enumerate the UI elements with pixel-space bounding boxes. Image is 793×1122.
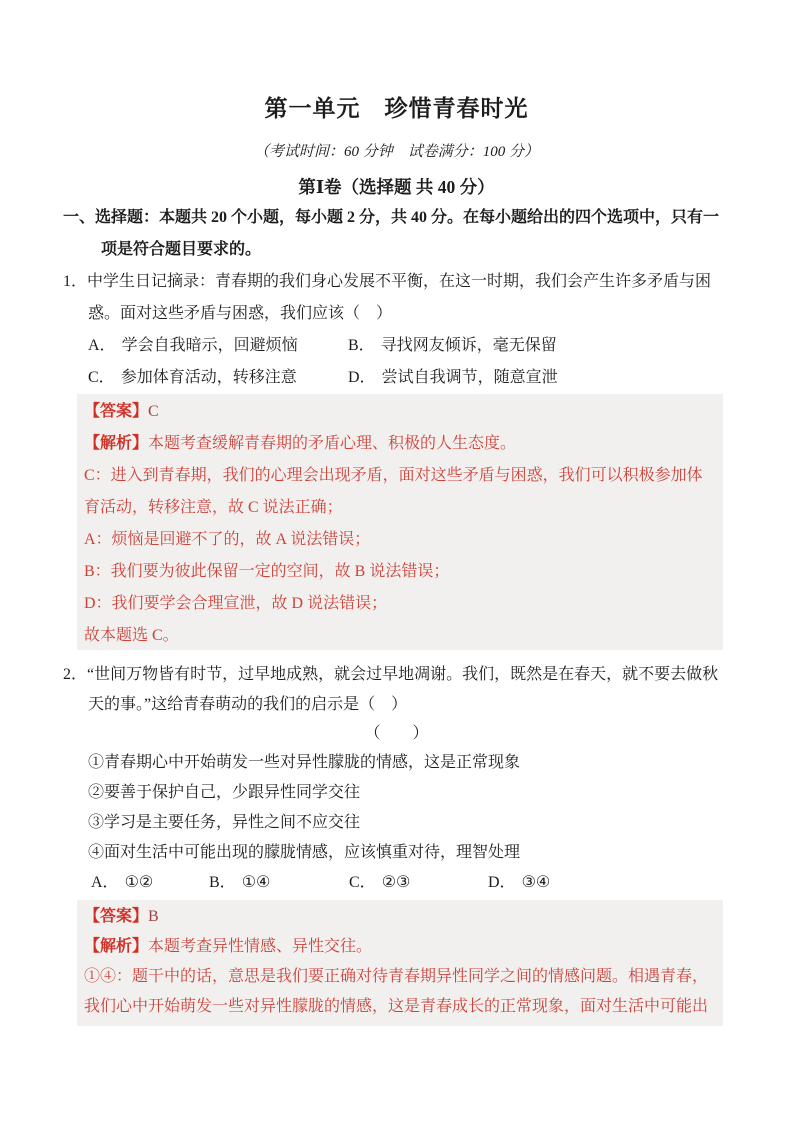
answer-box-q1: 【答案】C 【解析】本题考查缓解青春期的矛盾心理、积极的人生态度。 C：进入到青… [77,394,723,650]
question-2-number: 2． [63,666,87,683]
analysis-label: 【解析】 [84,435,148,452]
question-2: 2．“世间万物皆有时节，过早地成熟，就会过早地凋谢。我们，既然是在春天，就不要去… [63,660,730,720]
statement-3: ③学习是主要任务，异性之间不应交往 [63,808,730,838]
centered-answer-bracket: （ ） [63,720,730,748]
option-b-text: 寻找网友倾诉，毫无保留 [381,337,557,354]
statement-2: ②要善于保护自己，少跟异性同学交往 [63,778,730,808]
option-b: B．①④ [209,868,349,898]
analysis-line-1-4: ①④：题干中的话，意思是我们要正确对待青春期异性同学之间的情感问题。相遇青春，我… [84,962,713,1026]
analysis-line-b: B：我们要为彼此保留一定的空间，故 B 说法错误； [84,556,713,588]
answer-label: 【答案】 [84,403,148,420]
option-row: C．参加体育活动，转移注意 D．尝试自我调节，随意宣泄 [88,362,730,394]
option-b-label: B． [209,874,236,891]
exam-subtitle: （考试时间：60 分钟 试卷满分：100 分） [63,138,730,166]
analysis-intro-line: 【解析】本题考查缓解青春期的矛盾心理、积极的人生态度。 [84,428,713,460]
option-c: C．参加体育活动，转移注意 [88,362,348,394]
option-a-text: 学会自我暗示，回避烦恼 [122,337,298,354]
option-c-label: C． [349,874,376,891]
option-d-label: D． [348,369,376,386]
option-a-label: A． [88,337,116,354]
option-c-text: ②③ [382,874,411,891]
analysis-line-d: D：我们要学会合理宣泄，故 D 说法错误； [84,588,713,620]
option-b-text: ①④ [242,874,271,891]
option-d: D．③④ [488,868,550,898]
question-2-block: 2．“世间万物皆有时节，过早地成熟，就会过早地凋谢。我们，既然是在春天，就不要去… [63,660,730,898]
option-d-text: ③④ [522,874,551,891]
option-b: B．寻找网友倾诉，毫无保留 [348,330,557,362]
answer-box-q2: 【答案】B 【解析】本题考查异性情感、异性交往。 ①④：题干中的话，意思是我们要… [77,900,723,1026]
analysis-label: 【解析】 [84,938,148,955]
statement-4: ④面对生活中可能出现的朦胧情感，应该慎重对待，理智处理 [63,838,730,868]
section-instructions: 一、选择题：本题共 20 个小题，每小题 2 分，共 40 分。在每小题给出的四… [63,202,730,266]
option-d: D．尝试自我调节，随意宣泄 [348,362,558,394]
option-c-text: 参加体育活动，转移注意 [121,369,297,386]
analysis-intro-line: 【解析】本题考查异性情感、异性交往。 [84,932,713,962]
answer-value: C [148,403,159,420]
option-c: C．②③ [349,868,488,898]
option-a-text: ①② [125,874,154,891]
analysis-line-c: C：进入到青春期，我们的心理会出现矛盾，面对这些矛盾与困惑，我们可以积极参加体育… [84,460,713,524]
analysis-intro: 本题考查缓解青春期的矛盾心理、积极的人生态度。 [148,435,516,452]
answer-line: 【答案】C [84,396,713,428]
analysis-line-a: A：烦恼是回避不了的，故 A 说法错误； [84,524,713,556]
page-content: 第一单元 珍惜青春时光 （考试时间：60 分钟 试卷满分：100 分） 第Ⅰ卷（… [0,94,793,1026]
question-1-text: 中学生日记摘录：青春期的我们身心发展不平衡，在这一时期，我们会产生许多矛盾与困惑… [87,273,711,322]
answer-label: 【答案】 [84,908,148,925]
analysis-intro: 本题考查异性情感、异性交往。 [148,938,372,955]
exam-title: 第一单元 珍惜青春时光 [63,94,730,124]
answer-value: B [148,908,159,925]
question-1-options: A．学会自我暗示，回避烦恼 B．寻找网友倾诉，毫无保留 C．参加体育活动，转移注… [63,330,730,394]
option-a-label: A． [91,874,119,891]
answer-line: 【答案】B [84,902,713,932]
option-a: A．①② [91,868,209,898]
option-b-label: B． [348,337,375,354]
statement-1: ①青春期心中开始萌发一些对异性朦胧的情感，这是正常现象 [63,748,730,778]
question-1: 1．中学生日记摘录：青春期的我们身心发展不平衡，在这一时期，我们会产生许多矛盾与… [63,266,730,330]
exam-page: 第一单元 珍惜青春时光 （考试时间：60 分钟 试卷满分：100 分） 第Ⅰ卷（… [0,0,793,1122]
section-heading: 第Ⅰ卷（选择题 共 40 分） [63,172,730,202]
option-a: A．学会自我暗示，回避烦恼 [88,330,348,362]
option-d-text: 尝试自我调节，随意宣泄 [382,369,558,386]
option-c-label: C． [88,369,115,386]
question-1-number: 1． [63,273,87,290]
question-2-text: “世间万物皆有时节，过早地成熟，就会过早地凋谢。我们，既然是在春天，就不要去做秋… [87,666,718,713]
question-2-options: A．①② B．①④ C．②③ D．③④ [63,868,730,898]
analysis-conclusion: 故本题选 C。 [84,620,713,650]
option-row: A．学会自我暗示，回避烦恼 B．寻找网友倾诉，毫无保留 [88,330,730,362]
option-d-label: D． [488,874,516,891]
